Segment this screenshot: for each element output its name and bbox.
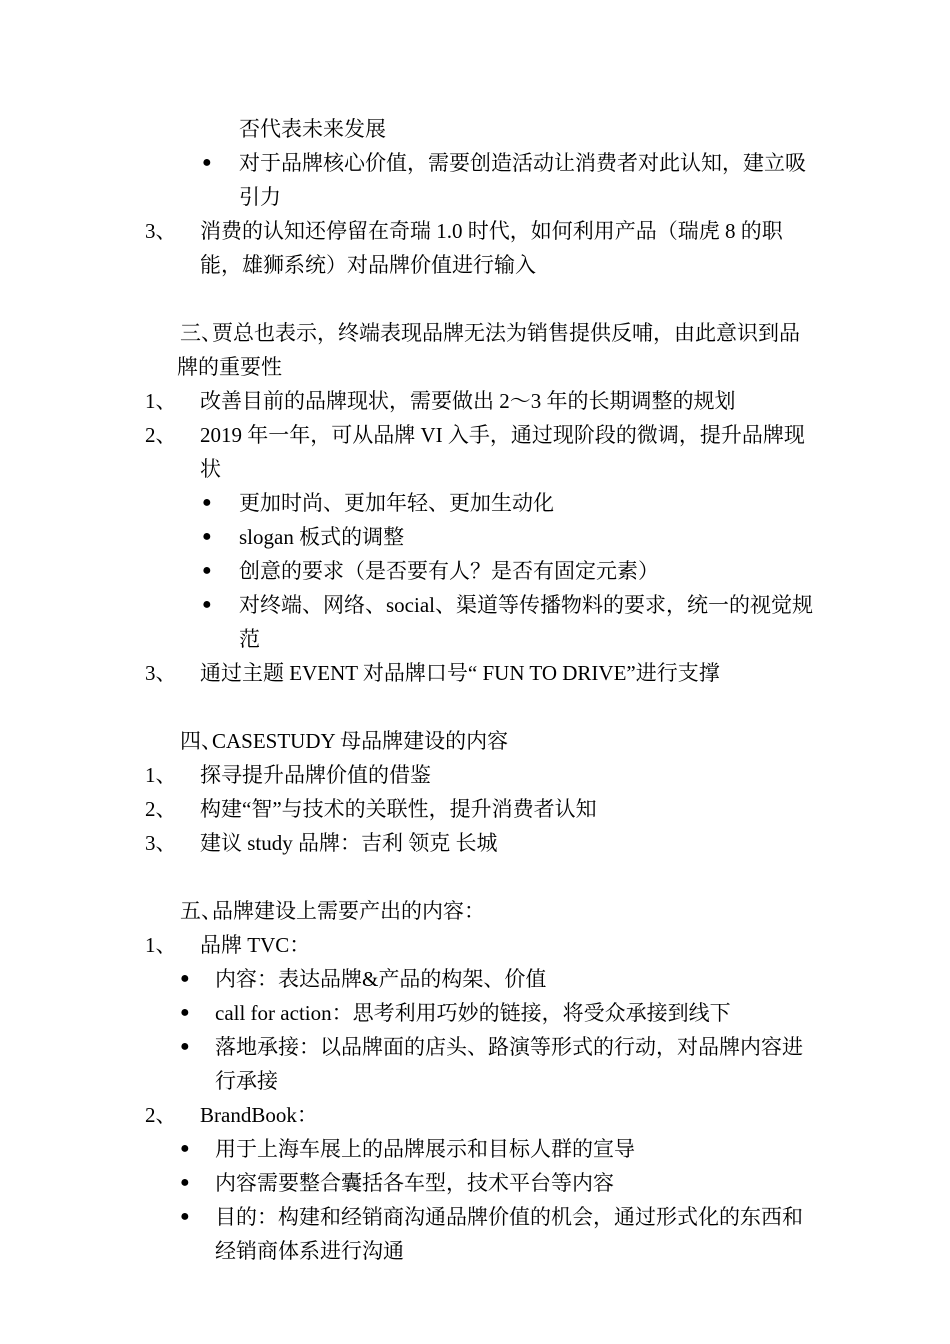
numbered-item: 1、品牌 TVC： xyxy=(145,928,817,962)
bullet-item: ●目的：构建和经销商沟通品牌价值的机会，通过形式化的东西和经销商体系进行沟通 xyxy=(145,1200,817,1268)
item-number: 1、 xyxy=(145,758,177,792)
bullet-item: ●内容：表达品牌&产品的构架、价值 xyxy=(145,962,817,996)
section-number: 三、 xyxy=(145,316,222,350)
paragraph-text: 品牌 TVC： xyxy=(200,933,310,957)
blank-line xyxy=(145,690,817,724)
bullet-item: ●call for action：思考利用巧妙的链接，将受众承接到线下 xyxy=(145,996,817,1030)
section-heading: 五、品牌建设上需要产出的内容： xyxy=(145,894,817,928)
paragraph-text: 通过主题 EVENT 对品牌口号“ FUN TO DRIVE”进行支撑 xyxy=(200,661,720,685)
numbered-item: 2、构建“智”与技术的关联性，提升消费者认知 xyxy=(145,792,817,826)
numbered-item: 2、2019 年一年，可从品牌 VI 入手，通过现阶段的微调，提升品牌现状 xyxy=(145,418,817,486)
paragraph-text: 否代表未来发展 xyxy=(239,117,386,141)
numbered-item: 3、通过主题 EVENT 对品牌口号“ FUN TO DRIVE”进行支撑 xyxy=(145,656,817,690)
paragraph-text: 内容：表达品牌&产品的构架、价值 xyxy=(215,967,546,991)
paragraph-text: 用于上海车展上的品牌展示和目标人群的宣导 xyxy=(215,1137,635,1161)
bullet-item: ●对终端、网络、social、渠道等传播物料的要求，统一的视觉规范 xyxy=(145,588,817,656)
paragraph-text: 贾总也表示，终端表现品牌无法为销售提供反哺，由此意识到品牌的重要性 xyxy=(177,321,800,379)
section-number: 四、 xyxy=(145,724,222,758)
paragraph-text: 对终端、网络、social、渠道等传播物料的要求，统一的视觉规范 xyxy=(239,593,813,651)
numbered-item: 1、改善目前的品牌现状，需要做出 2～3 年的长期调整的规划 xyxy=(145,384,817,418)
paragraph-text: BrandBook： xyxy=(200,1103,318,1127)
numbered-item: 3、建议 study 品牌：吉利 领克 长城 xyxy=(145,826,817,860)
bullet-item: ●更加时尚、更加年轻、更加生动化 xyxy=(145,486,817,520)
item-number: 3、 xyxy=(145,826,177,860)
paragraph-text: call for action：思考利用巧妙的链接，将受众承接到线下 xyxy=(215,1001,731,1025)
item-number: 2、 xyxy=(145,418,177,452)
section-number: 五、 xyxy=(145,894,222,928)
bullet-icon: ● xyxy=(202,554,212,588)
paragraph-text: 内容需要整合囊括各车型，技术平台等内容 xyxy=(215,1171,614,1195)
bullet-icon: ● xyxy=(180,1030,190,1064)
bullet-icon: ● xyxy=(202,588,212,622)
bullet-item: ●对于品牌核心价值，需要创造活动让消费者对此认知，建立吸引力 xyxy=(145,146,817,214)
paragraph-text: 2019 年一年，可从品牌 VI 入手，通过现阶段的微调，提升品牌现状 xyxy=(200,423,805,481)
item-number: 2、 xyxy=(145,1098,177,1132)
paragraph-text: 落地承接：以品牌面的店头、路演等形式的行动，对品牌内容进行承接 xyxy=(215,1035,803,1093)
section-heading: 四、CASESTUDY 母品牌建设的内容 xyxy=(145,724,817,758)
paragraph-text: 消费的认知还停留在奇瑞 1.0 时代，如何利用产品（瑞虎 8 的职能，雄狮系统）… xyxy=(200,219,783,277)
paragraph-text: 构建“智”与技术的关联性，提升消费者认知 xyxy=(200,797,597,821)
paragraph-text: slogan 板式的调整 xyxy=(239,525,404,549)
bullet-icon: ● xyxy=(180,1166,190,1200)
paragraph-text: CASESTUDY 母品牌建设的内容 xyxy=(212,729,508,753)
bullet-icon: ● xyxy=(180,1132,190,1166)
item-number: 3、 xyxy=(145,214,177,248)
paragraph-text: 目的：构建和经销商沟通品牌价值的机会，通过形式化的东西和经销商体系进行沟通 xyxy=(215,1205,803,1263)
paragraph-text: 对于品牌核心价值，需要创造活动让消费者对此认知，建立吸引力 xyxy=(239,151,806,209)
paragraph-text: 改善目前的品牌现状，需要做出 2～3 年的长期调整的规划 xyxy=(200,389,736,413)
paragraph-text: 更加时尚、更加年轻、更加生动化 xyxy=(239,491,554,515)
bullet-icon: ● xyxy=(180,996,190,1030)
section-heading: 三、贾总也表示，终端表现品牌无法为销售提供反哺，由此意识到品牌的重要性 xyxy=(145,316,817,384)
paragraph-text: 创意的要求（是否要有人？是否有固定元素） xyxy=(239,559,659,583)
paragraph-text: 探寻提升品牌价值的借鉴 xyxy=(200,763,431,787)
document-page: 否代表未来发展 ●对于品牌核心价值，需要创造活动让消费者对此认知，建立吸引力 3… xyxy=(0,0,950,1344)
item-number: 1、 xyxy=(145,928,177,962)
numbered-item: 3、消费的认知还停留在奇瑞 1.0 时代，如何利用产品（瑞虎 8 的职能，雄狮系… xyxy=(145,214,817,282)
bullet-item: ●创意的要求（是否要有人？是否有固定元素） xyxy=(145,554,817,588)
blank-line xyxy=(145,282,817,316)
bullet-item: ●落地承接：以品牌面的店头、路演等形式的行动，对品牌内容进行承接 xyxy=(145,1030,817,1098)
bullet-icon: ● xyxy=(180,1200,190,1234)
paragraph-text: 建议 study 品牌：吉利 领克 长城 xyxy=(200,831,498,855)
bullet-icon: ● xyxy=(202,146,212,180)
bullet-icon: ● xyxy=(202,520,212,554)
bullet-item-continuation: 否代表未来发展 xyxy=(145,112,817,146)
bullet-item: ●slogan 板式的调整 xyxy=(145,520,817,554)
numbered-item: 2、BrandBook： xyxy=(145,1098,817,1132)
blank-line xyxy=(145,860,817,894)
bullet-item: ●用于上海车展上的品牌展示和目标人群的宣导 xyxy=(145,1132,817,1166)
document-body: 否代表未来发展 ●对于品牌核心价值，需要创造活动让消费者对此认知，建立吸引力 3… xyxy=(145,112,817,1268)
item-number: 2、 xyxy=(145,792,177,826)
numbered-item: 1、探寻提升品牌价值的借鉴 xyxy=(145,758,817,792)
item-number: 3、 xyxy=(145,656,177,690)
item-number: 1、 xyxy=(145,384,177,418)
bullet-icon: ● xyxy=(202,486,212,520)
paragraph-text: 品牌建设上需要产出的内容： xyxy=(212,899,485,923)
bullet-item: ●内容需要整合囊括各车型，技术平台等内容 xyxy=(145,1166,817,1200)
bullet-icon: ● xyxy=(180,962,190,996)
